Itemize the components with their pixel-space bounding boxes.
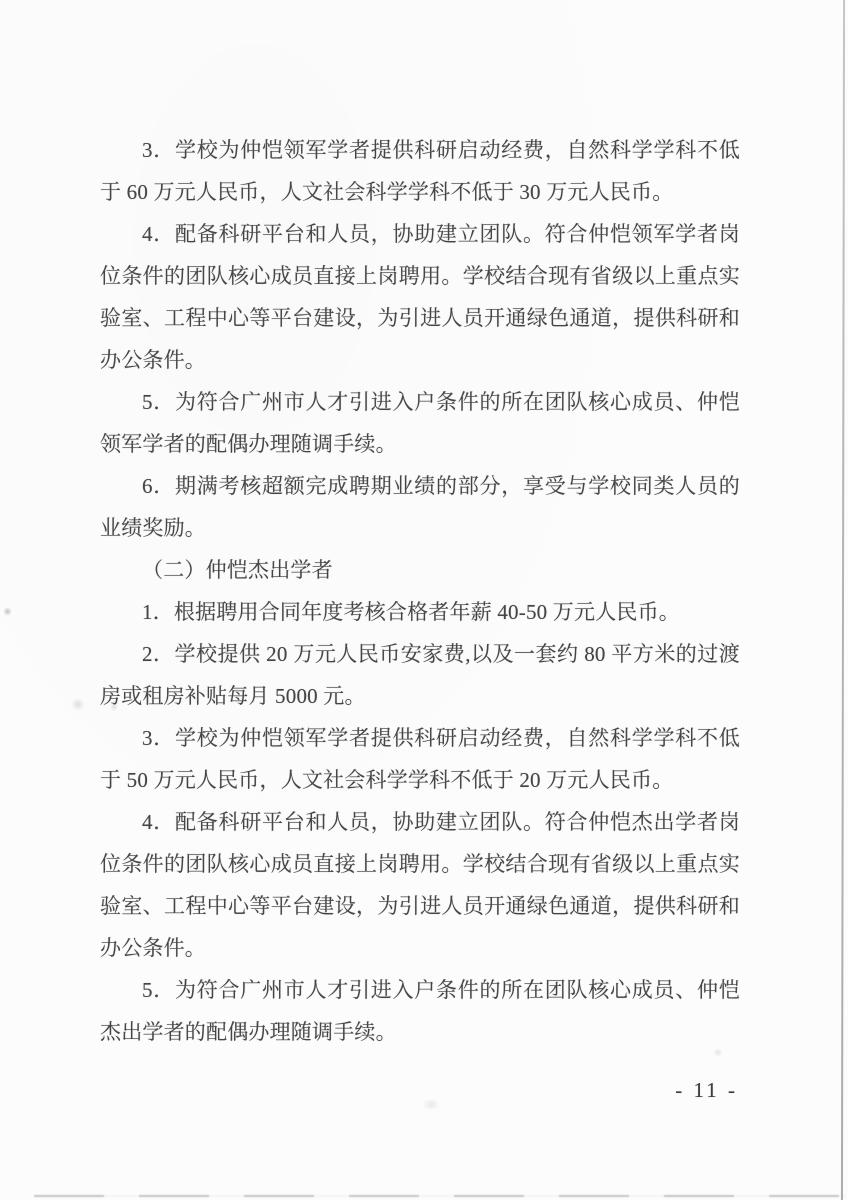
scan-speck [712, 1049, 724, 1056]
paragraph: 2．学校提供 20 万元人民币安家费,以及一套约 80 平方米的过渡房或租房补贴… [100, 633, 740, 717]
paragraph: 3．学校为仲恺领军学者提供科研启动经费，自然科学学科不低于 50 万元人民币，人… [100, 717, 740, 801]
right-edge-scan-line [841, 0, 845, 1200]
scan-speck [420, 1100, 442, 1109]
paragraph: 1．根据聘用合同年度考核合格者年薪 40-50 万元人民币。 [100, 591, 740, 633]
page-number: - 11 - [675, 1076, 738, 1104]
bottom-edge-scan-line [34, 1195, 846, 1197]
scan-speck [109, 703, 119, 711]
paragraph: （二）仲恺杰出学者 [100, 549, 740, 591]
scan-speck [70, 699, 86, 710]
document-body: 3．学校为仲恺领军学者提供科研启动经费，自然科学学科不低于 60 万元人民币，人… [100, 129, 740, 1053]
paragraph: 5．为符合广州市人才引进入户条件的所在团队核心成员、仲恺领军学者的配偶办理随调手… [100, 381, 740, 465]
paragraph: 6．期满考核超额完成聘期业绩的部分，享受与学校同类人员的业绩奖励。 [100, 465, 740, 549]
scanned-document-page: 3．学校为仲恺领军学者提供科研启动经费，自然科学学科不低于 60 万元人民币，人… [0, 0, 848, 1200]
paragraph: 3．学校为仲恺领军学者提供科研启动经费，自然科学学科不低于 60 万元人民币，人… [100, 129, 740, 213]
paragraph: 5．为符合广州市人才引进入户条件的所在团队核心成员、仲恺杰出学者的配偶办理随调手… [100, 969, 740, 1053]
paragraph: 4．配备科研平台和人员，协助建立团队。符合仲恺领军学者岗位条件的团队核心成员直接… [100, 213, 740, 381]
scan-speck [3, 607, 12, 616]
paragraph: 4．配备科研平台和人员，协助建立团队。符合仲恺杰出学者岗位条件的团队核心成员直接… [100, 801, 740, 969]
